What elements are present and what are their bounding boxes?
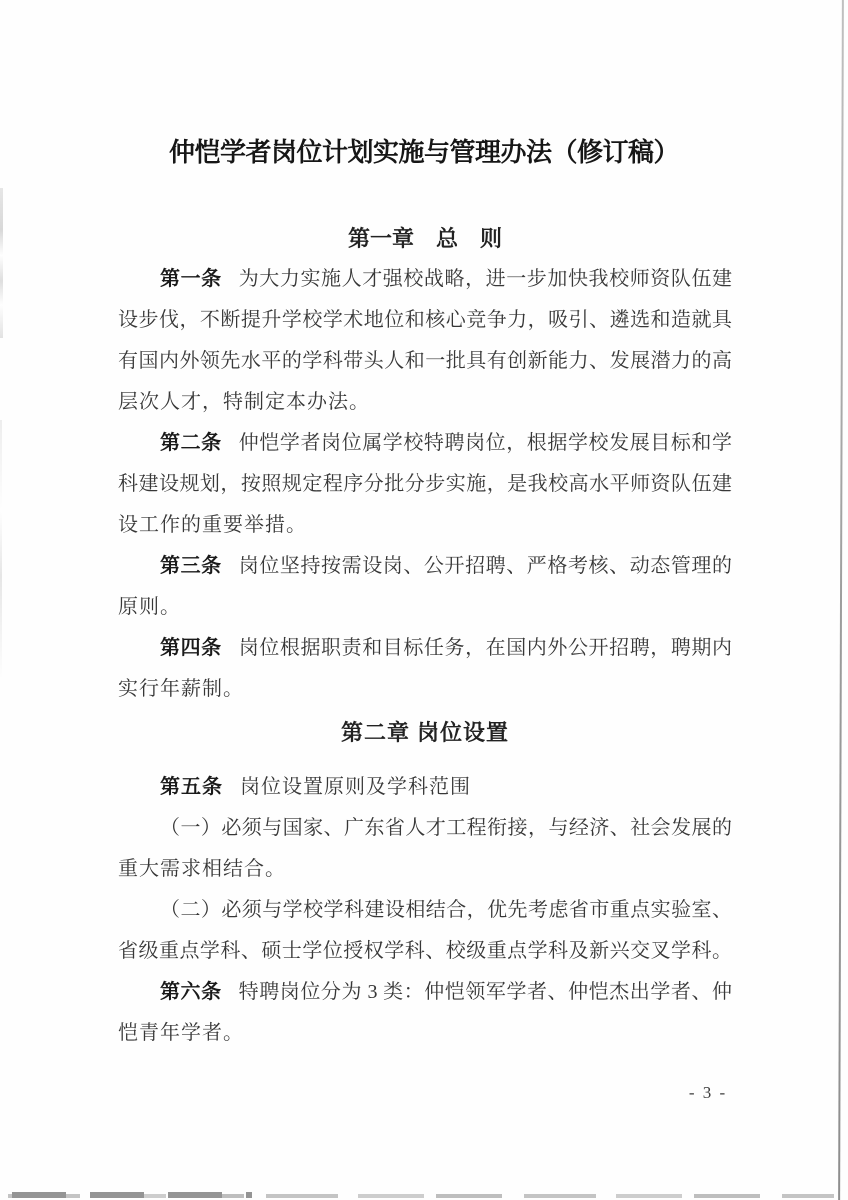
line-text: 实行年薪制。 xyxy=(118,678,244,700)
article-4-number: 第四条 xyxy=(160,637,222,659)
line-text: （二）必须与学校学科建设相结合，优先考虑省市重点实验室、 xyxy=(160,899,732,921)
article-1-line: 层次人才，特制定本办法。 xyxy=(118,382,732,423)
scan-artifact-left-edge-smudge xyxy=(0,420,2,680)
article-1-line: 设步伐，不断提升学校学术地位和核心竞争力，吸引、遴选和造就具 xyxy=(118,300,732,341)
article-2-line: 科建设规划，按照规定程序分批分步实施，是我校高水平师资队伍建 xyxy=(118,464,732,505)
line-text: 恺青年学者。 xyxy=(118,1022,244,1044)
chapter-1-heading: 第一章 总 则 xyxy=(118,222,732,253)
article-6-line: 第六条特聘岗位分为 3 类：仲恺领军学者、仲恺杰出学者、仲 xyxy=(118,972,732,1013)
line-text: 原则。 xyxy=(118,596,181,618)
article-5-item-1-line: （一）必须与国家、广东省人才工程衔接，与经济、社会发展的 xyxy=(118,808,732,849)
article-5-item-2-line: （二）必须与学校学科建设相结合，优先考虑省市重点实验室、 xyxy=(118,890,732,931)
scanned-document-page: 仲恺学者岗位计划实施与管理办法（修订稿） 第一章 总 则 第一条为大力实施人才强… xyxy=(0,0,848,1200)
article-5-line: 第五条岗位设置原则及学科范围 xyxy=(118,767,732,808)
article-3-number: 第三条 xyxy=(160,555,222,577)
scan-artifact-left-edge-smudge xyxy=(0,188,3,338)
line-text: 有国内外领先水平的学科带头人和一批具有创新能力、发展潜力的高 xyxy=(118,350,732,372)
article-1-number: 第一条 xyxy=(160,268,222,290)
article-5-item-2-line: 省级重点学科、硕士学位授权学科、校级重点学科及新兴交叉学科。 xyxy=(118,931,732,972)
document-title: 仲恺学者岗位计划实施与管理办法（修订稿） xyxy=(0,132,848,169)
article-1-line: 第一条为大力实施人才强校战略，进一步加快我校师资队伍建 xyxy=(118,259,732,300)
line-text: 重大需求相结合。 xyxy=(118,858,286,880)
article-6-number: 第六条 xyxy=(160,981,222,1003)
line-text: 科建设规划，按照规定程序分批分步实施，是我校高水平师资队伍建 xyxy=(118,473,732,495)
article-2-line: 设工作的重要举措。 xyxy=(118,505,732,546)
line-text: （一）必须与国家、广东省人才工程衔接，与经济、社会发展的 xyxy=(160,817,732,839)
article-2-line: 第二条仲恺学者岗位属学校特聘岗位，根据学校发展目标和学 xyxy=(118,423,732,464)
article-3-line: 原则。 xyxy=(118,587,732,628)
article-5-item-1-line: 重大需求相结合。 xyxy=(118,849,732,890)
line-text: 设工作的重要举措。 xyxy=(118,514,307,536)
article-4-line: 实行年薪制。 xyxy=(118,669,732,710)
line-text: 设步伐，不断提升学校学术地位和核心竞争力，吸引、遴选和造就具 xyxy=(118,309,732,331)
line-text: 省级重点学科、硕士学位授权学科、校级重点学科及新兴交叉学科。 xyxy=(118,940,732,962)
line-text: 层次人才，特制定本办法。 xyxy=(118,391,370,413)
article-3-line: 第三条岗位坚持按需设岗、公开招聘、严格考核、动态管理的 xyxy=(118,546,732,587)
document-body: 第一条为大力实施人才强校战略，进一步加快我校师资队伍建 设步伐，不断提升学校学术… xyxy=(118,259,732,1054)
scan-artifact-right-edge xyxy=(838,0,844,1200)
line-text: 岗位坚持按需设岗、公开招聘、严格考核、动态管理的 xyxy=(239,555,732,577)
article-5-number: 第五条 xyxy=(160,776,223,798)
line-text: 仲恺学者岗位属学校特聘岗位，根据学校发展目标和学 xyxy=(239,432,732,454)
line-text: 特聘岗位分为 3 类：仲恺领军学者、仲恺杰出学者、仲 xyxy=(239,981,732,1003)
chapter-2-heading: 第二章 岗位设置 xyxy=(118,712,732,753)
article-2-number: 第二条 xyxy=(160,432,222,454)
article-6-line: 恺青年学者。 xyxy=(118,1013,732,1054)
line-text: 岗位设置原则及学科范围 xyxy=(240,776,471,798)
article-4-line: 第四条岗位根据职责和目标任务，在国内外公开招聘，聘期内 xyxy=(118,628,732,669)
scan-artifact-bottom-left-dashes xyxy=(12,1192,252,1198)
line-text: 岗位根据职责和目标任务，在国内外公开招聘，聘期内 xyxy=(239,637,732,659)
line-text: 为大力实施人才强校战略，进一步加快我校师资队伍建 xyxy=(239,268,732,290)
page-number: - 3 - xyxy=(658,1080,758,1106)
article-1-line: 有国内外领先水平的学科带头人和一批具有创新能力、发展潜力的高 xyxy=(118,341,732,382)
